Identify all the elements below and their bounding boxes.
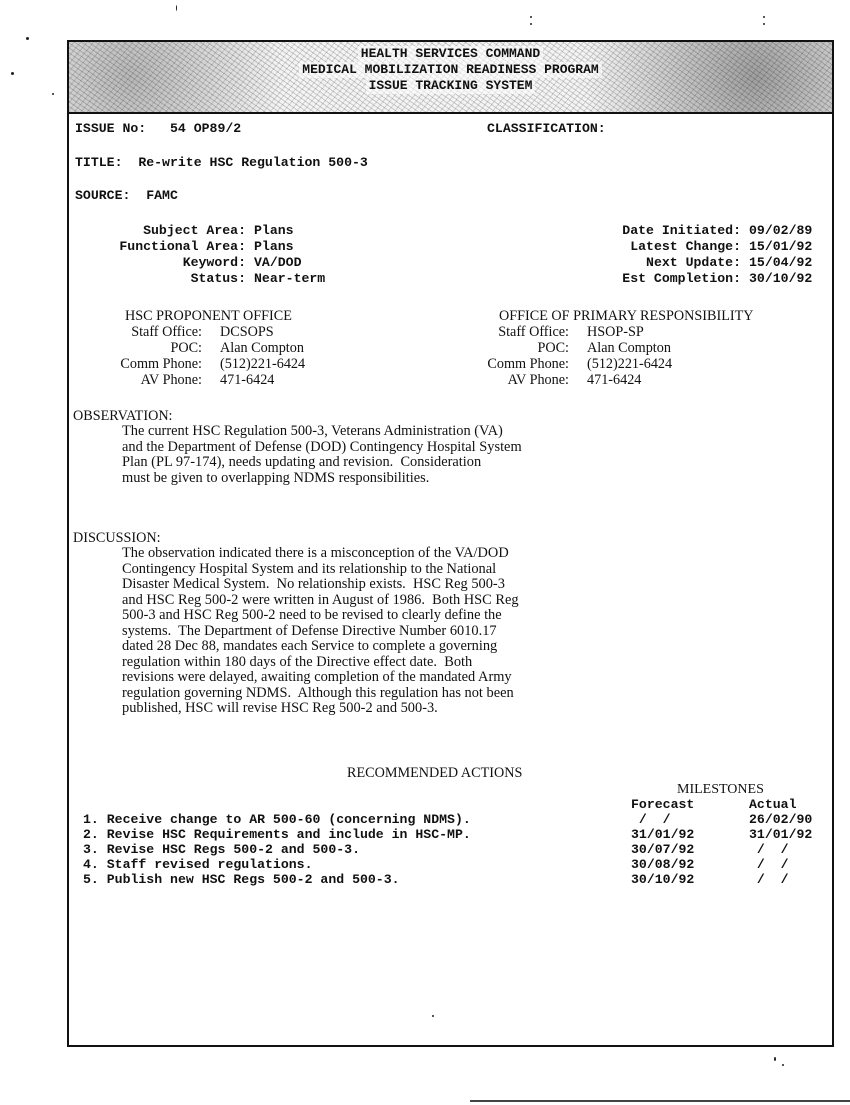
observation-line: and the Department of Defense (DOD) Cont… <box>122 440 812 456</box>
action-actual: 31/01/92 <box>749 828 812 842</box>
action-forecast: 30/08/92 <box>631 858 694 872</box>
latest-change-value: 15/01/92 <box>749 239 812 254</box>
keyword-value: VA/DOD <box>254 255 301 270</box>
proponent-staff-label: Staff Office: <box>69 324 202 341</box>
issue-form: HEALTH SERVICES COMMAND MEDICAL MOBILIZA… <box>67 40 834 1047</box>
primary-poc-label: POC: <box>369 340 569 357</box>
scan-speck <box>530 16 532 18</box>
scan-speck <box>26 37 29 40</box>
discussion-line: regulation governing NDMS. Although this… <box>122 686 812 702</box>
scan-rule <box>470 1100 850 1102</box>
banner-org: HEALTH SERVICES COMMAND <box>358 46 543 62</box>
primary-comm-value: (512)221-6424 <box>587 356 672 373</box>
actual-header: Actual <box>749 798 796 812</box>
scan-speck <box>52 93 54 95</box>
primary-comm-label: Comm Phone: <box>369 356 569 373</box>
title-value: Re-write HSC Regulation 500-3 <box>138 155 368 170</box>
action-actual: / / <box>749 873 789 887</box>
source-row: SOURCE: FAMC <box>75 188 178 203</box>
scan-speck <box>11 72 14 75</box>
primary-heading: OFFICE OF PRIMARY RESPONSIBILITY <box>499 308 754 325</box>
banner-program: MEDICAL MOBILIZATION READINESS PROGRAM <box>299 62 601 78</box>
scan-speck <box>763 23 765 25</box>
title-row: TITLE: Re-write HSC Regulation 500-3 <box>75 155 368 170</box>
observation-line: The current HSC Regulation 500-3, Vetera… <box>122 424 812 440</box>
scan-speck <box>774 1057 776 1061</box>
proponent-heading: HSC PROPONENT OFFICE <box>125 308 292 325</box>
primary-staff-label: Staff Office: <box>369 324 569 341</box>
scan-speck <box>530 23 532 25</box>
issue-no-value: 54 OP89/2 <box>170 121 241 136</box>
primary-av-value: 471-6424 <box>587 372 641 389</box>
primary-staff-value: HSOP-SP <box>587 324 644 341</box>
action-forecast: 30/07/92 <box>631 843 694 857</box>
action-text: 4. Staff revised regulations. <box>83 858 313 872</box>
status-label: Status: <box>69 271 246 286</box>
observation-text: The current HSC Regulation 500-3, Vetera… <box>122 424 812 486</box>
functional-area-value: Plans <box>254 239 294 254</box>
discussion-line: regulation within 180 days of the Direct… <box>122 655 812 671</box>
latest-change-label: Latest Change: <box>469 239 741 254</box>
issue-no-label: ISSUE No: <box>75 121 146 136</box>
banner-system: ISSUE TRACKING SYSTEM <box>366 78 536 94</box>
action-actual: 26/02/90 <box>749 813 812 827</box>
subject-area-value: Plans <box>254 223 294 238</box>
scan-speck <box>763 16 765 18</box>
proponent-av-value: 471-6424 <box>220 372 274 389</box>
action-text: 1. Receive change to AR 500-60 (concerni… <box>83 813 471 827</box>
est-completion-label: Est Completion: <box>469 271 741 286</box>
source-label: SOURCE: <box>75 188 130 203</box>
discussion-line: systems. The Department of Defense Direc… <box>122 624 812 640</box>
discussion-line: published, HSC will revise HSC Reg 500-2… <box>122 701 812 717</box>
classification-label: CLASSIFICATION: <box>487 121 606 136</box>
functional-area-label: Functional Area: <box>69 239 246 254</box>
action-forecast: 31/01/92 <box>631 828 694 842</box>
discussion-line: dated 28 Dec 88, mandates each Service t… <box>122 639 812 655</box>
source-value: FAMC <box>146 188 178 203</box>
date-initiated-label: Date Initiated: <box>469 223 741 238</box>
issue-no-row: ISSUE No: 54 OP89/2 <box>75 121 241 136</box>
primary-poc-value: Alan Compton <box>587 340 671 357</box>
action-text: 5. Publish new HSC Regs 500-2 and 500-3. <box>83 873 400 887</box>
title-label: TITLE: <box>75 155 122 170</box>
action-actual: / / <box>749 843 789 857</box>
proponent-av-label: AV Phone: <box>69 372 202 389</box>
action-text: 2. Revise HSC Requirements and include i… <box>83 828 471 842</box>
classification-row: CLASSIFICATION: <box>487 121 614 136</box>
action-forecast: / / <box>631 813 671 827</box>
proponent-comm-value: (512)221-6424 <box>220 356 305 373</box>
action-actual: / / <box>749 858 789 872</box>
header-banner: HEALTH SERVICES COMMAND MEDICAL MOBILIZA… <box>69 42 832 114</box>
scan-speck <box>176 5 177 11</box>
discussion-line: Contingency Hospital System and its rela… <box>122 562 812 578</box>
discussion-line: 500-3 and HSC Reg 500-2 need to be revis… <box>122 608 812 624</box>
proponent-comm-label: Comm Phone: <box>69 356 202 373</box>
action-forecast: 30/10/92 <box>631 873 694 887</box>
discussion-line: revisions were delayed, awaiting complet… <box>122 670 812 686</box>
est-completion-value: 30/10/92 <box>749 271 812 286</box>
forecast-header: Forecast <box>631 798 694 812</box>
discussion-text: The observation indicated there is a mis… <box>122 546 812 717</box>
proponent-poc-label: POC: <box>69 340 202 357</box>
subject-area-label: Subject Area: <box>69 223 246 238</box>
proponent-staff-value: DCSOPS <box>220 324 274 341</box>
observation-line: must be given to overlapping NDMS respon… <box>122 471 812 487</box>
discussion-line: Disaster Medical System. No relationship… <box>122 577 812 593</box>
keyword-label: Keyword: <box>69 255 246 270</box>
next-update-value: 15/04/92 <box>749 255 812 270</box>
date-initiated-value: 09/02/89 <box>749 223 812 238</box>
actions-heading: RECOMMENDED ACTIONS <box>347 765 522 782</box>
discussion-line: The observation indicated there is a mis… <box>122 546 812 562</box>
proponent-poc-value: Alan Compton <box>220 340 304 357</box>
action-text: 3. Revise HSC Regs 500-2 and 500-3. <box>83 843 360 857</box>
observation-line: Plan (PL 97-174), needs updating and rev… <box>122 455 812 471</box>
status-value: Near-term <box>254 271 325 286</box>
discussion-line: and HSC Reg 500-2 were written in August… <box>122 593 812 609</box>
next-update-label: Next Update: <box>469 255 741 270</box>
primary-av-label: AV Phone: <box>369 372 569 389</box>
milestones-label: MILESTONES <box>677 783 764 797</box>
scan-speck <box>782 1064 784 1066</box>
